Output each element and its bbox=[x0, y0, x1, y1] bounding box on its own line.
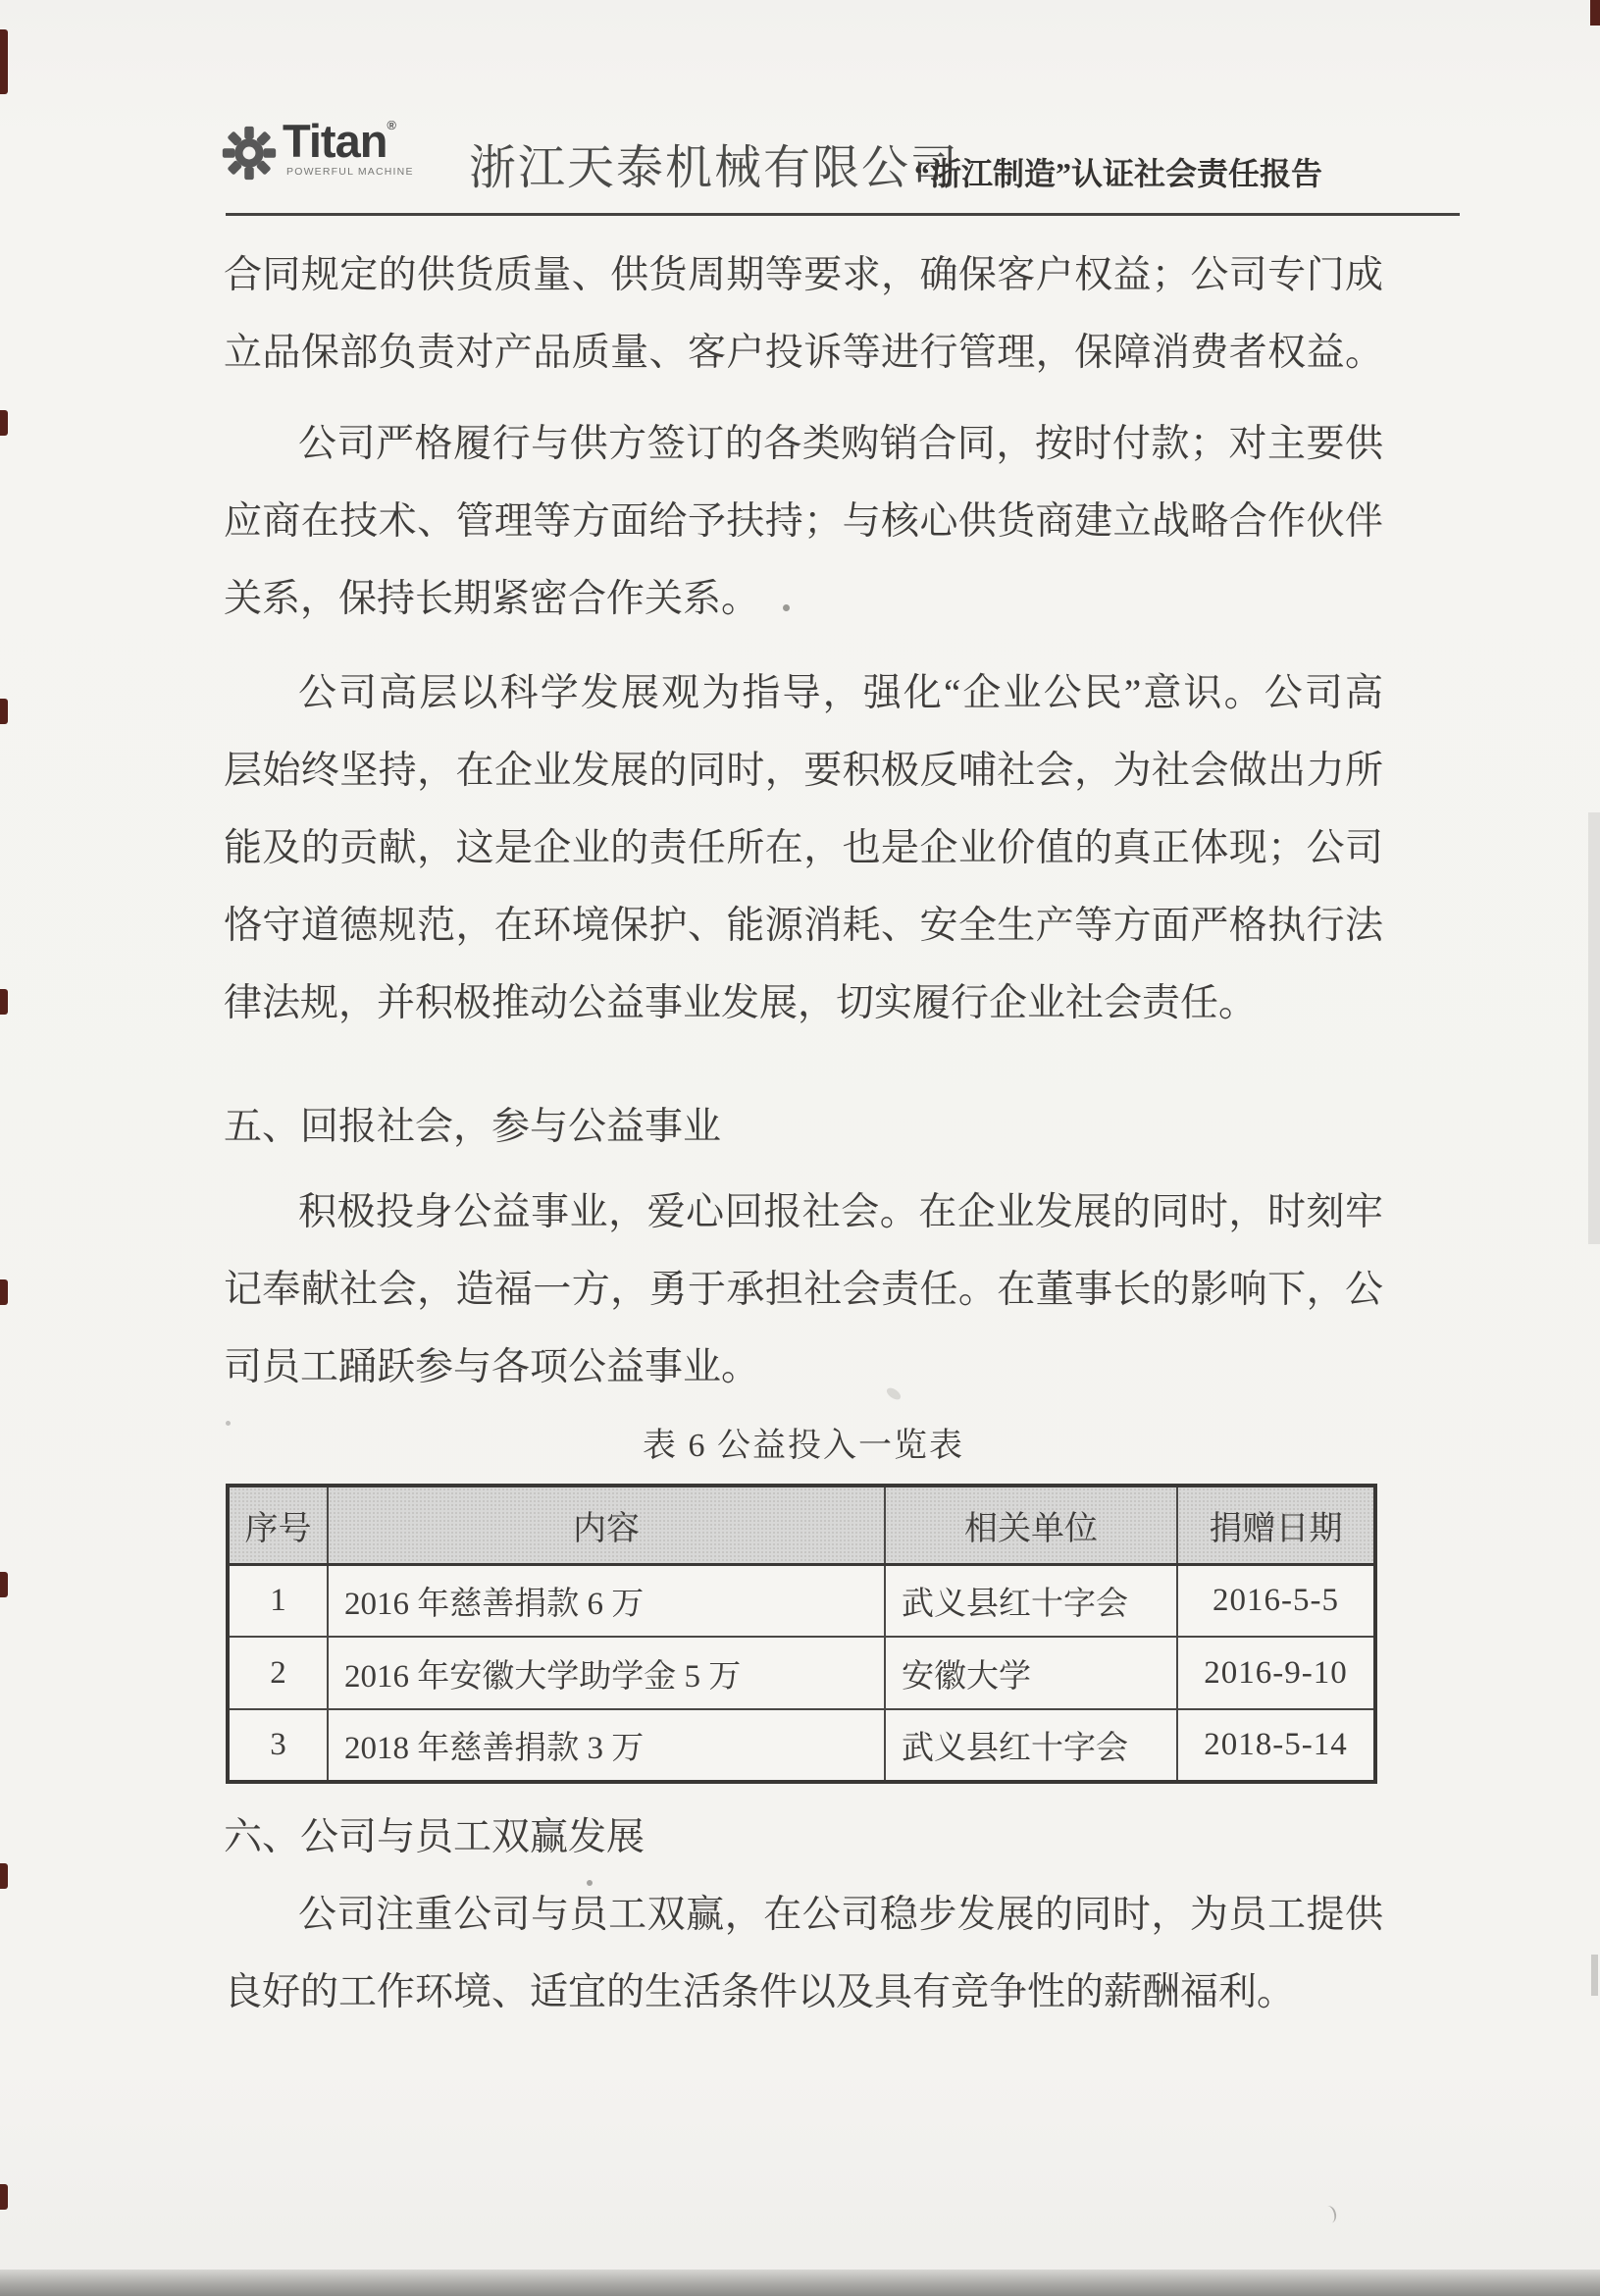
cell-content: 2016 年慈善捐款 6 万 bbox=[328, 1564, 885, 1637]
body-line: 公司严格履行与供方签订的各类购销合同，按时付款；对主要供 bbox=[224, 420, 1383, 469]
table-caption: 表 6 公益投入一览表 bbox=[224, 1418, 1383, 1466]
cell-index: 1 bbox=[228, 1564, 328, 1637]
scan-mark bbox=[1590, 0, 1600, 26]
cell-organization: 安徽大学 bbox=[885, 1637, 1177, 1709]
body-line: 立品保部负责对产品质量、客户投诉等进行管理，保障消费者权益。 bbox=[224, 329, 1383, 378]
table-header-row: 序号 内容 相关单位 捐赠日期 bbox=[228, 1486, 1375, 1564]
scan-artifact bbox=[587, 1880, 593, 1886]
body-line: 公司注重公司与员工双赢，在公司稳步发展的同时，为员工提供 bbox=[224, 1891, 1383, 1940]
scan-mark bbox=[0, 1863, 8, 1889]
brand-text: Titan bbox=[283, 115, 387, 167]
cell-organization: 武义县红十字会 bbox=[885, 1709, 1177, 1782]
company-name: 浙江天泰机械有限公司 bbox=[469, 130, 959, 197]
section-heading: 六、公司与员工双赢发展 bbox=[224, 1813, 1383, 1862]
section-heading: 五、回报社会，参与公益事业 bbox=[224, 1103, 1383, 1152]
body-line: 积极投身公益事业，爱心回报社会。在企业发展的同时，时刻牢 bbox=[224, 1188, 1383, 1237]
scan-mark bbox=[0, 1279, 8, 1305]
report-title: “浙江制造”认证社会责任报告 bbox=[914, 149, 1322, 194]
column-header-organization: 相关单位 bbox=[885, 1486, 1177, 1564]
header-divider bbox=[226, 213, 1460, 216]
body-line: 合同规定的供货质量、供货周期等要求，确保客户权益；公司专门成 bbox=[224, 251, 1383, 300]
cell-organization: 武义县红十字会 bbox=[885, 1564, 1177, 1637]
cell-content: 2018 年慈善捐款 3 万 bbox=[328, 1709, 885, 1782]
scan-artifact bbox=[1591, 1955, 1598, 1996]
brand-name: Titan® bbox=[283, 114, 396, 168]
body-line: 能及的贡献，这是企业的责任所在，也是企业价值的真正体现；公司 bbox=[224, 824, 1383, 873]
cell-index: 2 bbox=[228, 1637, 328, 1709]
document-page: Titan® POWERFUL MACHINE 浙江天泰机械有限公司 “浙江制造… bbox=[0, 0, 1600, 2296]
cell-index: 3 bbox=[228, 1709, 328, 1782]
body-line: 层始终坚持，在企业发展的同时，要积极反哺社会，为社会做出力所 bbox=[224, 747, 1383, 796]
brand-tagline: POWERFUL MACHINE bbox=[286, 166, 414, 178]
body-line: 良好的工作环境、适宜的生活条件以及具有竞争性的薪酬福利。 bbox=[224, 1968, 1383, 2017]
scan-mark bbox=[0, 410, 8, 436]
scan-mark bbox=[0, 29, 8, 94]
page-bottom-shadow bbox=[0, 2270, 1600, 2296]
cell-date: 2016-5-5 bbox=[1177, 1564, 1375, 1637]
donations-table: 序号 内容 相关单位 捐赠日期 1 2016 年慈善捐款 6 万 武义县红十字会… bbox=[226, 1484, 1377, 1784]
scan-mark bbox=[0, 989, 8, 1015]
column-header-content: 内容 bbox=[328, 1486, 885, 1564]
body-line: 司员工踊跃参与各项公益事业。 bbox=[224, 1343, 1383, 1392]
scan-mark bbox=[0, 2184, 8, 2210]
cell-content: 2016 年安徽大学助学金 5 万 bbox=[328, 1637, 885, 1709]
cell-date: 2018-5-14 bbox=[1177, 1709, 1375, 1782]
gear-icon bbox=[222, 126, 277, 181]
body-line: 公司高层以科学发展观为指导，强化“企业公民”意识。公司高 bbox=[224, 669, 1383, 718]
column-header-index: 序号 bbox=[228, 1486, 328, 1564]
registered-mark: ® bbox=[387, 118, 396, 132]
body-line: 记奉献社会，造福一方，勇于承担社会责任。在董事长的影响下，公 bbox=[224, 1266, 1383, 1315]
body-line: 应商在技术、管理等方面给予扶持；与核心供货商建立战略合作伙伴 bbox=[224, 497, 1383, 547]
table-row: 2 2016 年安徽大学助学金 5 万 安徽大学 2016-9-10 bbox=[228, 1637, 1375, 1709]
scan-mark bbox=[0, 699, 8, 724]
body-line: 恪守道德规范，在环境保护、能源消耗、安全生产等方面严格执行法 bbox=[224, 902, 1383, 951]
scan-mark bbox=[0, 1572, 8, 1597]
body-line: 律法规，并积极推动公益事业发展，切实履行企业社会责任。 bbox=[224, 979, 1383, 1028]
column-header-date: 捐赠日期 bbox=[1177, 1486, 1375, 1564]
scan-artifact bbox=[1320, 2205, 1338, 2225]
scan-artifact bbox=[783, 604, 790, 611]
scan-artifact bbox=[226, 1421, 231, 1426]
table-row: 1 2016 年慈善捐款 6 万 武义县红十字会 2016-5-5 bbox=[228, 1564, 1375, 1637]
cell-date: 2016-9-10 bbox=[1177, 1637, 1375, 1709]
table-row: 3 2018 年慈善捐款 3 万 武义县红十字会 2018-5-14 bbox=[228, 1709, 1375, 1782]
scan-artifact bbox=[1588, 812, 1600, 1244]
body-line: 关系，保持长期紧密合作关系。 bbox=[224, 575, 1383, 624]
